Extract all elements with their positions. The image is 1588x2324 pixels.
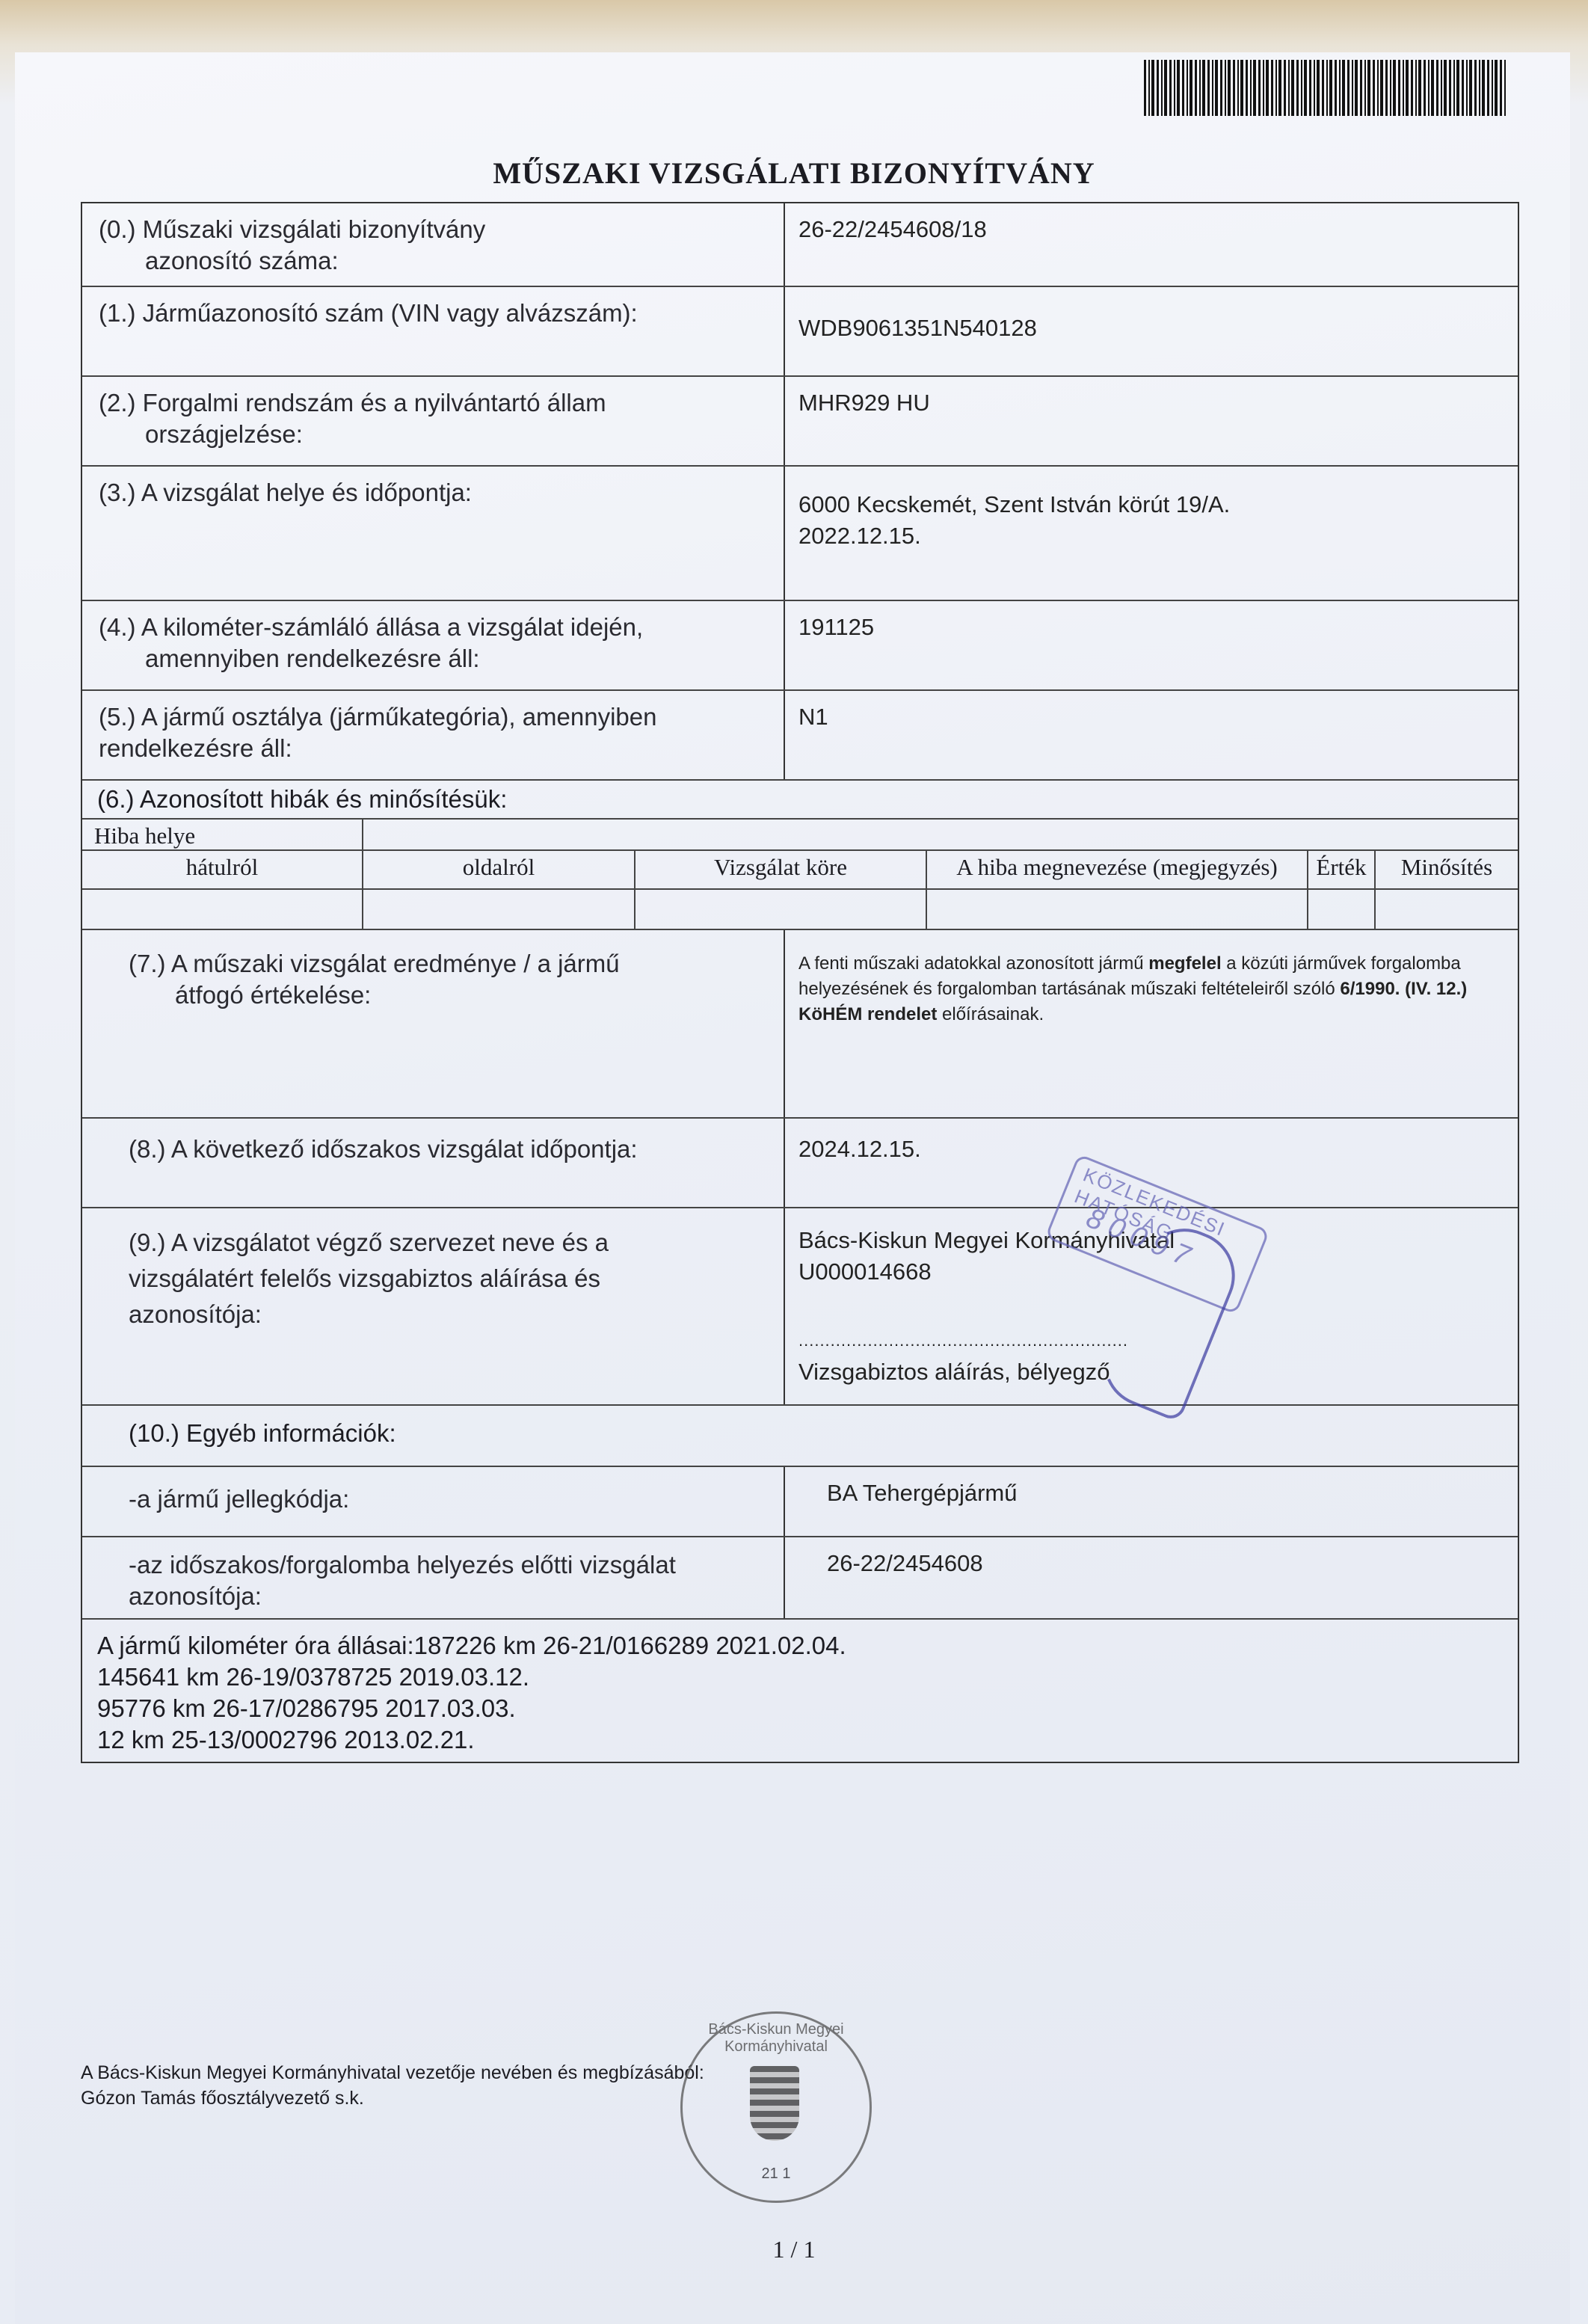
result-row: (7.) A műszaki vizsgálat eredménye / a j…	[82, 929, 1518, 1117]
other-info-row-1: -az időszakos/forgalomba helyezés előtti…	[82, 1536, 1518, 1618]
footer-authorization: A Bács-Kiskun Megyei Kormányhivatal veze…	[81, 2060, 704, 2111]
plate-value: MHR929 HU	[785, 377, 1518, 465]
field-row-5: (5.) A jármű osztálya (járműkategória), …	[82, 689, 1518, 779]
field-row-2: (2.) Forgalmi rendszám és a nyilvántartó…	[82, 375, 1518, 465]
defects-columns: hátulról oldalról Vizsgálat köre A hiba …	[82, 849, 1518, 888]
vehicle-category-value: N1	[785, 691, 1518, 779]
odometer-value: 191125	[785, 601, 1518, 689]
other-info-heading-row: (10.) Egyéb információk:	[82, 1404, 1518, 1466]
inspection-place-value: 6000 Kecskemét, Szent István körút 19/A.	[798, 489, 1504, 520]
defects-empty-row	[82, 888, 1518, 929]
odometer-history-row: A jármű kilométer óra állásai:187226 km …	[82, 1618, 1518, 1762]
inspector-row: (9.) A vizsgálatot végző szervezet neve …	[82, 1207, 1518, 1404]
certificate-table: (0.) Műszaki vizsgálati bizonyítványazon…	[81, 202, 1519, 1763]
next-inspection-row: (8.) A következő időszakos vizsgálat idő…	[82, 1117, 1518, 1207]
inspection-date-value: 2022.12.15.	[798, 520, 1504, 552]
defects-heading-row: (6.) Azonosított hibák és minősítésük:	[82, 779, 1518, 818]
field-row-3: (3.) A vizsgálat helye és időpontja: 600…	[82, 465, 1518, 600]
odometer-history-line: A jármű kilométer óra állásai:187226 km …	[97, 1630, 1503, 1661]
page-number: 1 / 1	[0, 2236, 1588, 2263]
field-row-0: (0.) Műszaki vizsgálati bizonyítványazon…	[82, 203, 1518, 286]
vehicle-type-code-value: BA Tehergépjármű	[785, 1467, 1518, 1536]
odometer-history-line: 145641 km 26-19/0378725 2019.03.12.	[97, 1661, 1503, 1693]
vin-value: WDB9061351N540128	[785, 287, 1518, 375]
certificate-id-value: 26-22/2454608/18	[785, 203, 1518, 286]
result-text: A fenti műszaki adatokkal azonosított já…	[785, 930, 1518, 1117]
official-seal-icon: Bács-Kiskun Megyei Kormányhivatal 21 1	[680, 2011, 872, 2203]
field-row-1: (1.) Járműazonosító szám (VIN vagy alváz…	[82, 286, 1518, 375]
other-info-row-0: -a jármű jellegkódja: BA Tehergépjármű	[82, 1466, 1518, 1536]
document-title: MŰSZAKI VIZSGÁLATI BIZONYÍTVÁNY	[0, 156, 1588, 191]
defects-location-header: Hiba helye	[82, 818, 1518, 849]
odometer-history-line: 95776 km 26-17/0286795 2017.03.03.	[97, 1693, 1503, 1724]
defects-heading: (6.) Azonosított hibák és minősítésük:	[82, 781, 1518, 818]
previous-inspection-id-value: 26-22/2454608	[785, 1537, 1518, 1618]
coat-of-arms-icon	[750, 2066, 799, 2141]
odometer-history-line: 12 km 25-13/0002796 2013.02.21.	[97, 1724, 1503, 1756]
barcode-icon	[1144, 60, 1507, 116]
field-row-4: (4.) A kilométer-számláló állása a vizsg…	[82, 600, 1518, 689]
